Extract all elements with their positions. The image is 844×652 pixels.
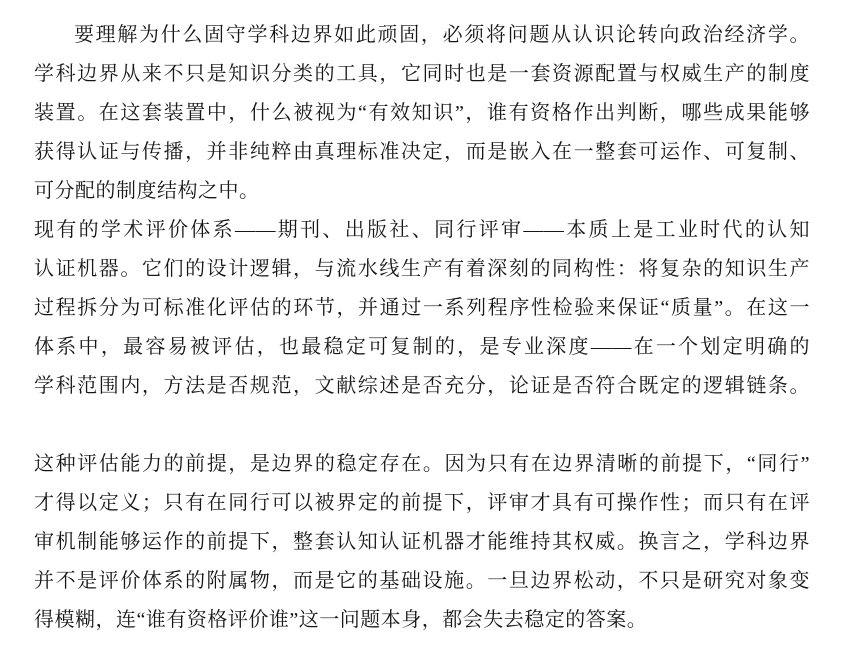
- text-line: 体系中，最容易被评估，也最稳定可复制的，是专业深度——在一个划定明确的: [34, 328, 810, 367]
- text-line: 并不是评价体系的附属物，而是它的基础设施。一旦边界松动，不只是研究对象变: [34, 562, 810, 601]
- text-line: 才得以定义；只有在同行可以被界定的前提下，评审才具有可操作性；而只有在评: [34, 484, 810, 523]
- text-line: 得模糊，连“谁有资格评价谁”这一问题本身，都会失去稳定的答案。: [34, 601, 810, 640]
- paragraph-2: 现有的学术评价体系——期刊、出版社、同行评审——本质上是工业时代的认知 认证机器…: [34, 211, 810, 406]
- text-line: 现有的学术评价体系——期刊、出版社、同行评审——本质上是工业时代的认知: [34, 211, 810, 250]
- text-line: 获得认证与传播，并非纯粹由真理标准决定，而是嵌入在一整套可运作、可复制、: [34, 133, 810, 172]
- text-line: 审机制能够运作的前提下，整套认知认证机器才能维持其权威。换言之，学科边界: [34, 523, 810, 562]
- text-line: 可分配的制度结构之中。: [34, 172, 810, 211]
- text-line: 过程拆分为可标准化评估的环节，并通过一系列程序性检验来保证“质量”。在这一: [34, 289, 810, 328]
- text-line: 学科边界从来不只是知识分类的工具，它同时也是一套资源配置与权威生产的制度: [34, 55, 810, 94]
- paragraph-1: 要理解为什么固守学科边界如此顽固，必须将问题从认识论转向政治经济学。 学科边界从…: [34, 16, 810, 211]
- text-line: 认证机器。它们的设计逻辑，与流水线生产有着深刻的同构性：将复杂的知识生产: [34, 250, 810, 289]
- document-page: 要理解为什么固守学科边界如此顽固，必须将问题从认识论转向政治经济学。 学科边界从…: [0, 0, 844, 652]
- text-line: 装置。在这套装置中，什么被视为“有效知识”，谁有资格作出判断，哪些成果能够: [34, 94, 810, 133]
- text-line: 要理解为什么固守学科边界如此顽固，必须将问题从认识论转向政治经济学。: [34, 16, 810, 55]
- text-line: 学科范围内，方法是否规范，文献综述是否充分，论证是否符合既定的逻辑链条。: [34, 367, 810, 406]
- text-line: 这种评估能力的前提，是边界的稳定存在。因为只有在边界清晰的前提下，“同行”: [34, 445, 810, 484]
- paragraph-3: 这种评估能力的前提，是边界的稳定存在。因为只有在边界清晰的前提下，“同行” 才得…: [34, 445, 810, 640]
